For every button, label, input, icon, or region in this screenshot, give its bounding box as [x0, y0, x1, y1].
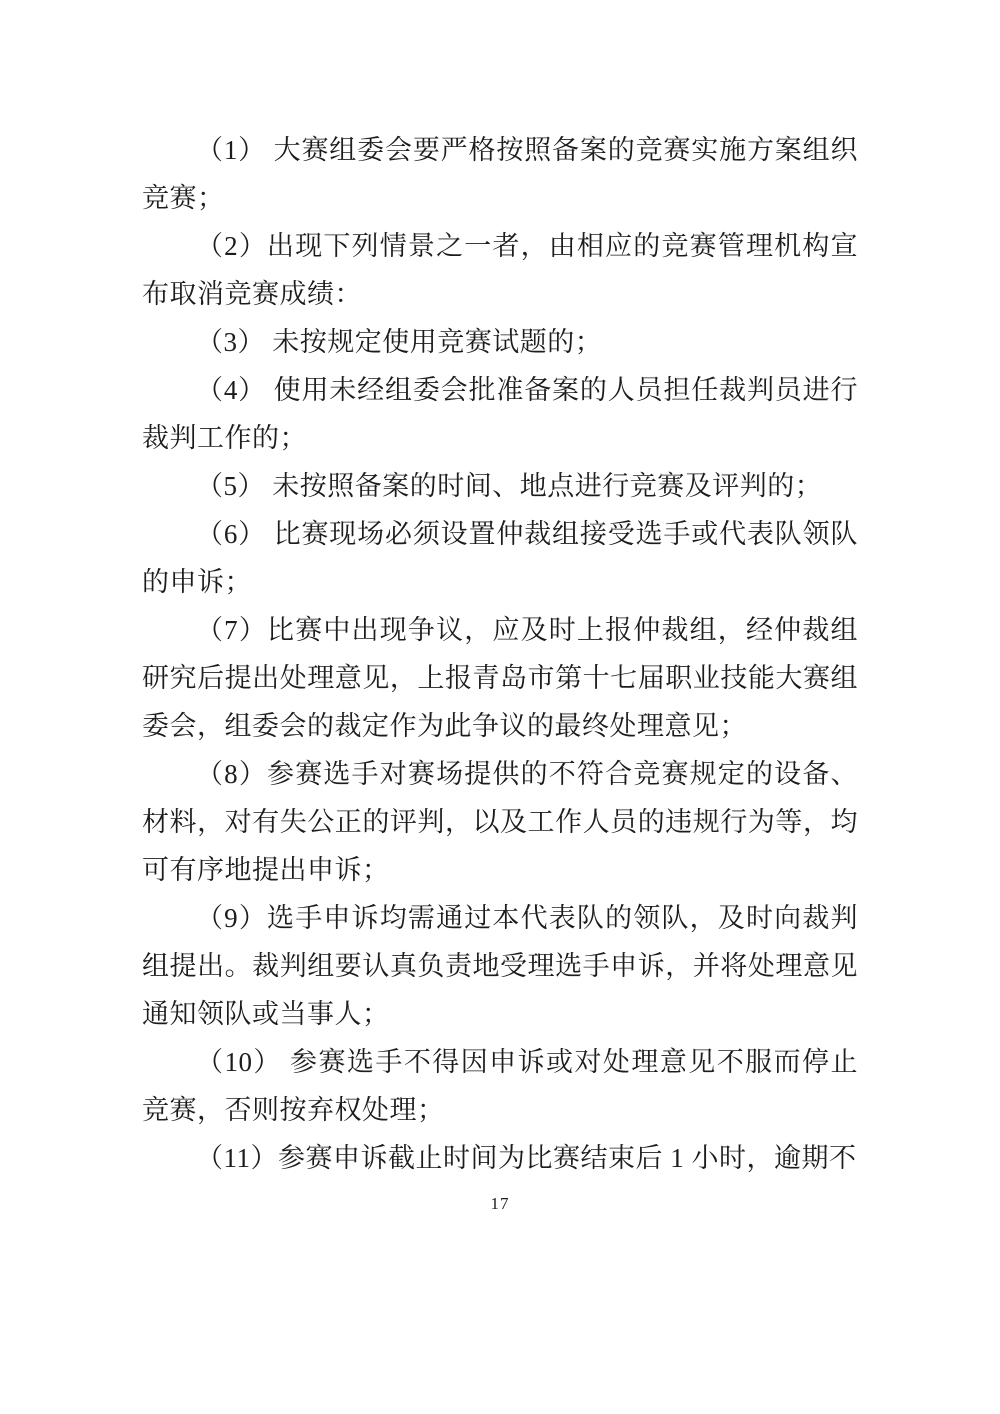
page-number: 17 — [0, 1194, 1000, 1214]
document-page: （1） 大赛组委会要严格按照备案的竞赛实施方案组织竞赛； （2）出现下列情景之一… — [0, 0, 1000, 1414]
paragraph-item-5: （5） 未按照备案的时间、地点进行竞赛及评判的； — [142, 462, 858, 510]
paragraph-item-8: （8）参赛选手对赛场提供的不符合竞赛规定的设备、材料，对有失公正的评判，以及工作… — [142, 750, 858, 894]
paragraph-item-10: （10） 参赛选手不得因申诉或对处理意见不服而停止竞赛，否则按弃权处理； — [142, 1038, 858, 1134]
paragraph-item-4: （4） 使用未经组委会批准备案的人员担任裁判员进行裁判工作的； — [142, 366, 858, 462]
document-body: （1） 大赛组委会要严格按照备案的竞赛实施方案组织竞赛； （2）出现下列情景之一… — [142, 126, 858, 1182]
paragraph-item-3: （3） 未按规定使用竞赛试题的； — [142, 318, 858, 366]
paragraph-item-1: （1） 大赛组委会要严格按照备案的竞赛实施方案组织竞赛； — [142, 126, 858, 222]
paragraph-item-6: （6） 比赛现场必须设置仲裁组接受选手或代表队领队的申诉； — [142, 510, 858, 606]
paragraph-item-7: （7）比赛中出现争议，应及时上报仲裁组，经仲裁组研究后提出处理意见，上报青岛市第… — [142, 606, 858, 750]
paragraph-item-9: （9）选手申诉均需通过本代表队的领队，及时向裁判组提出。裁判组要认真负责地受理选… — [142, 894, 858, 1038]
paragraph-item-11: （11）参赛申诉截止时间为比赛结束后 1 小时，逾期不 — [142, 1134, 858, 1182]
paragraph-item-2: （2）出现下列情景之一者，由相应的竞赛管理机构宣布取消竞赛成绩： — [142, 222, 858, 318]
